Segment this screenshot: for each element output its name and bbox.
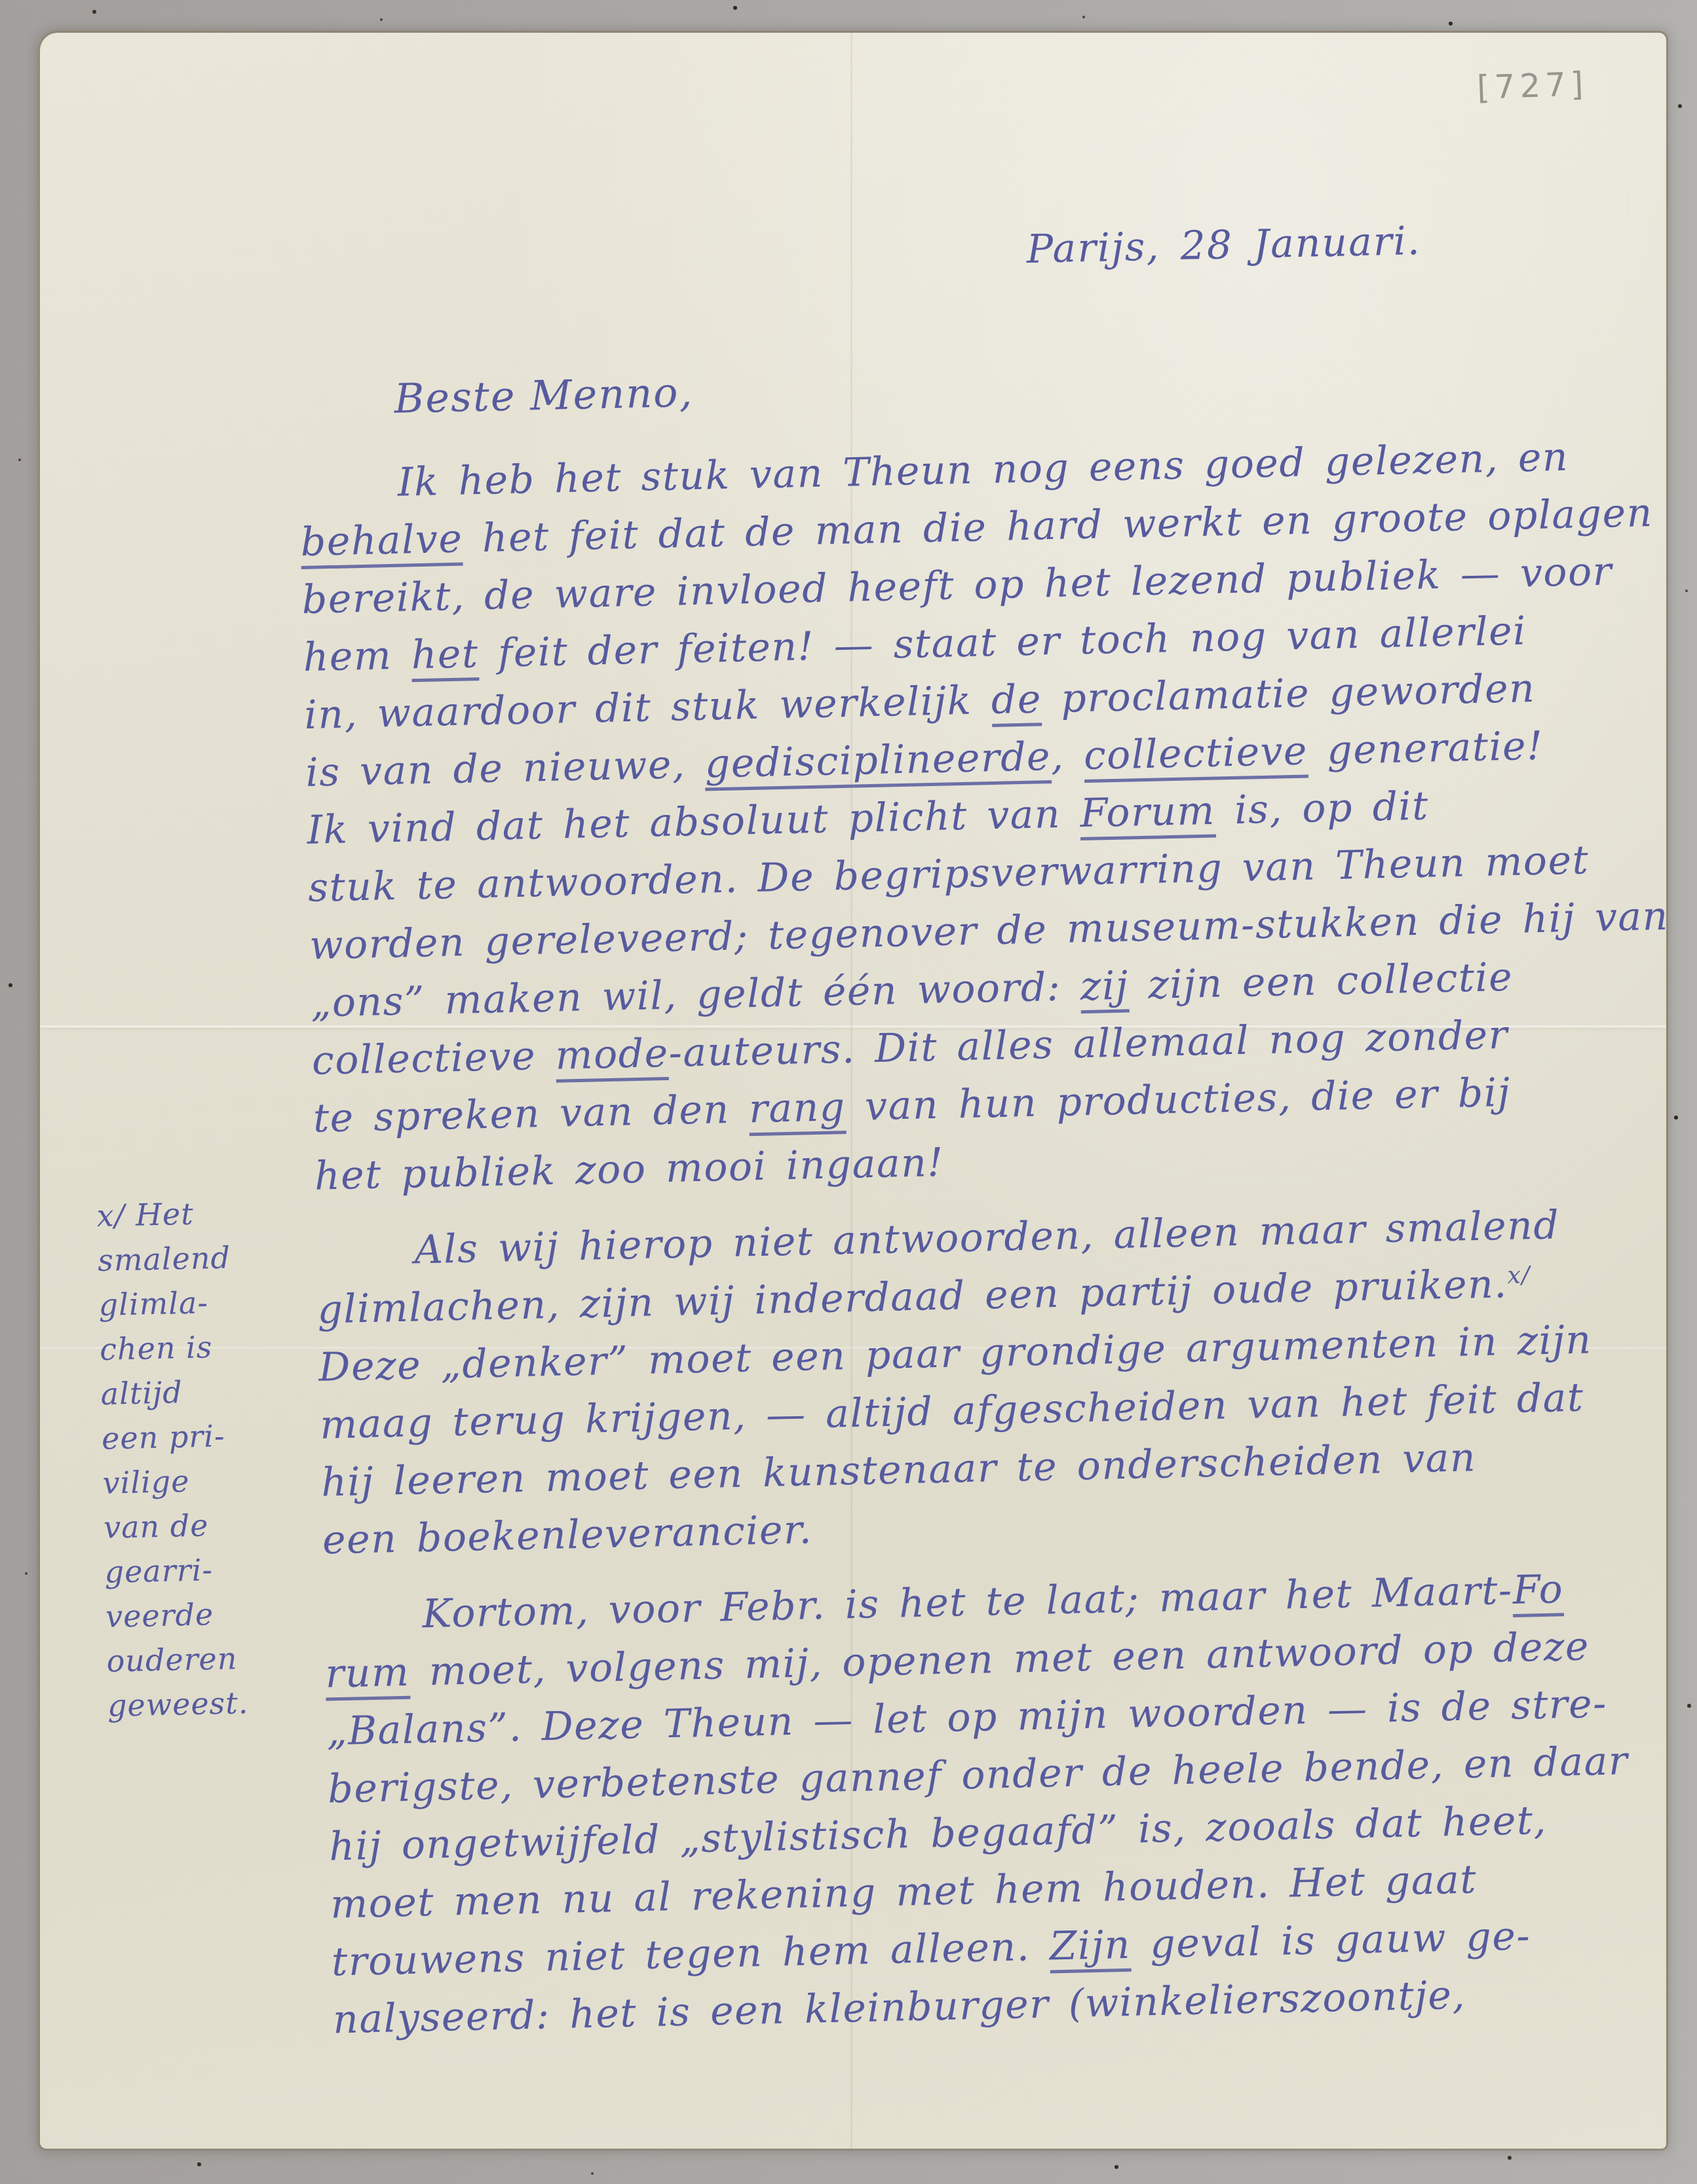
text-segment: een boekenleverancier. xyxy=(322,1507,812,1563)
dateline: Parijs, 28 Januari. xyxy=(1026,218,1421,273)
paragraph: Kortom, voor Febr. is het te laat; maar … xyxy=(324,1558,1683,2049)
text-segment: is van de nieuwe, xyxy=(305,742,706,796)
margin-note-line: veerde xyxy=(105,1590,315,1639)
margin-note-line: een pri- xyxy=(101,1412,311,1461)
text-segment: het publiek zoo mooi ingaan! xyxy=(314,1140,944,1199)
paragraph: Ik heb het stuk van Theun nog eens goed … xyxy=(299,426,1664,1205)
underlined-word: Zijn xyxy=(1049,1922,1132,1974)
text-segment: trouwens niet tegen hem alleen. xyxy=(331,1924,1050,1986)
archive-number: [727] xyxy=(1476,65,1588,107)
underlined-word: het xyxy=(411,631,479,682)
scan-background: [727] Parijs, 28 Januari. Beste Menno, I… xyxy=(0,0,1697,2184)
text-segment: hem xyxy=(303,632,412,681)
margin-note: x/ Hetsmalendglimla-chen isaltijdeen pri… xyxy=(96,1189,318,1728)
text-segment: te spreken van den xyxy=(313,1086,750,1141)
text-segment: generatie! xyxy=(1307,723,1544,774)
margin-note-line: gearri- xyxy=(104,1545,315,1594)
margin-note-line: glimla- xyxy=(98,1278,309,1327)
underlined-word: Fo xyxy=(1512,1566,1564,1617)
underlined-word: mode xyxy=(555,1030,670,1083)
underlined-word: behalve xyxy=(300,516,463,569)
letter-paper: [727] Parijs, 28 Januari. Beste Menno, I… xyxy=(38,31,1668,2151)
margin-note-line: smalend xyxy=(97,1233,307,1283)
text-segment: proclamatie geworden xyxy=(1041,666,1536,722)
margin-note-line: vilige xyxy=(102,1456,313,1505)
underlined-word: zij xyxy=(1080,963,1130,1014)
underlined-word: collectieve xyxy=(1083,728,1308,783)
underlined-word: rang xyxy=(748,1084,846,1136)
salutation: Beste Menno, xyxy=(394,368,694,423)
margin-note-line: chen is xyxy=(99,1323,309,1372)
text-segment: in, waardoor dit stuk werkelijk xyxy=(304,677,992,738)
margin-note-line: van de xyxy=(103,1501,313,1550)
text-segment: van hun producties, die er bij xyxy=(845,1070,1512,1130)
paragraph: Als wij hierop niet antwoorden, alleen m… xyxy=(316,1194,1673,1570)
text-segment: geval is gauw ge- xyxy=(1130,1913,1531,1968)
letter-body: Ik heb het stuk van Theun nog eens goed … xyxy=(299,426,1683,2048)
text-segment: Ik vind dat het absoluut plicht van xyxy=(307,791,1081,854)
text-segment: „ons” maken wil, geldt één woord: xyxy=(310,964,1080,1026)
footnote-marker: x/ xyxy=(1507,1262,1531,1289)
text-segment: , xyxy=(1050,733,1084,780)
text-segment: is, op dit xyxy=(1215,783,1429,834)
underlined-word: gedisciplineerde xyxy=(704,734,1052,791)
margin-note-line: ouderen xyxy=(106,1634,316,1684)
dust-specks xyxy=(0,0,3,3)
underlined-word: Forum xyxy=(1080,788,1216,840)
text-segment: zijn een collectie xyxy=(1128,954,1514,1009)
margin-note-line: x/ Het xyxy=(96,1189,307,1238)
margin-note-line: altijd xyxy=(100,1367,311,1416)
underlined-word: de xyxy=(991,676,1042,727)
text-segment: collectieve xyxy=(311,1033,556,1084)
margin-note-line: geweest. xyxy=(107,1679,317,1728)
underlined-word: rum xyxy=(325,1649,410,1701)
